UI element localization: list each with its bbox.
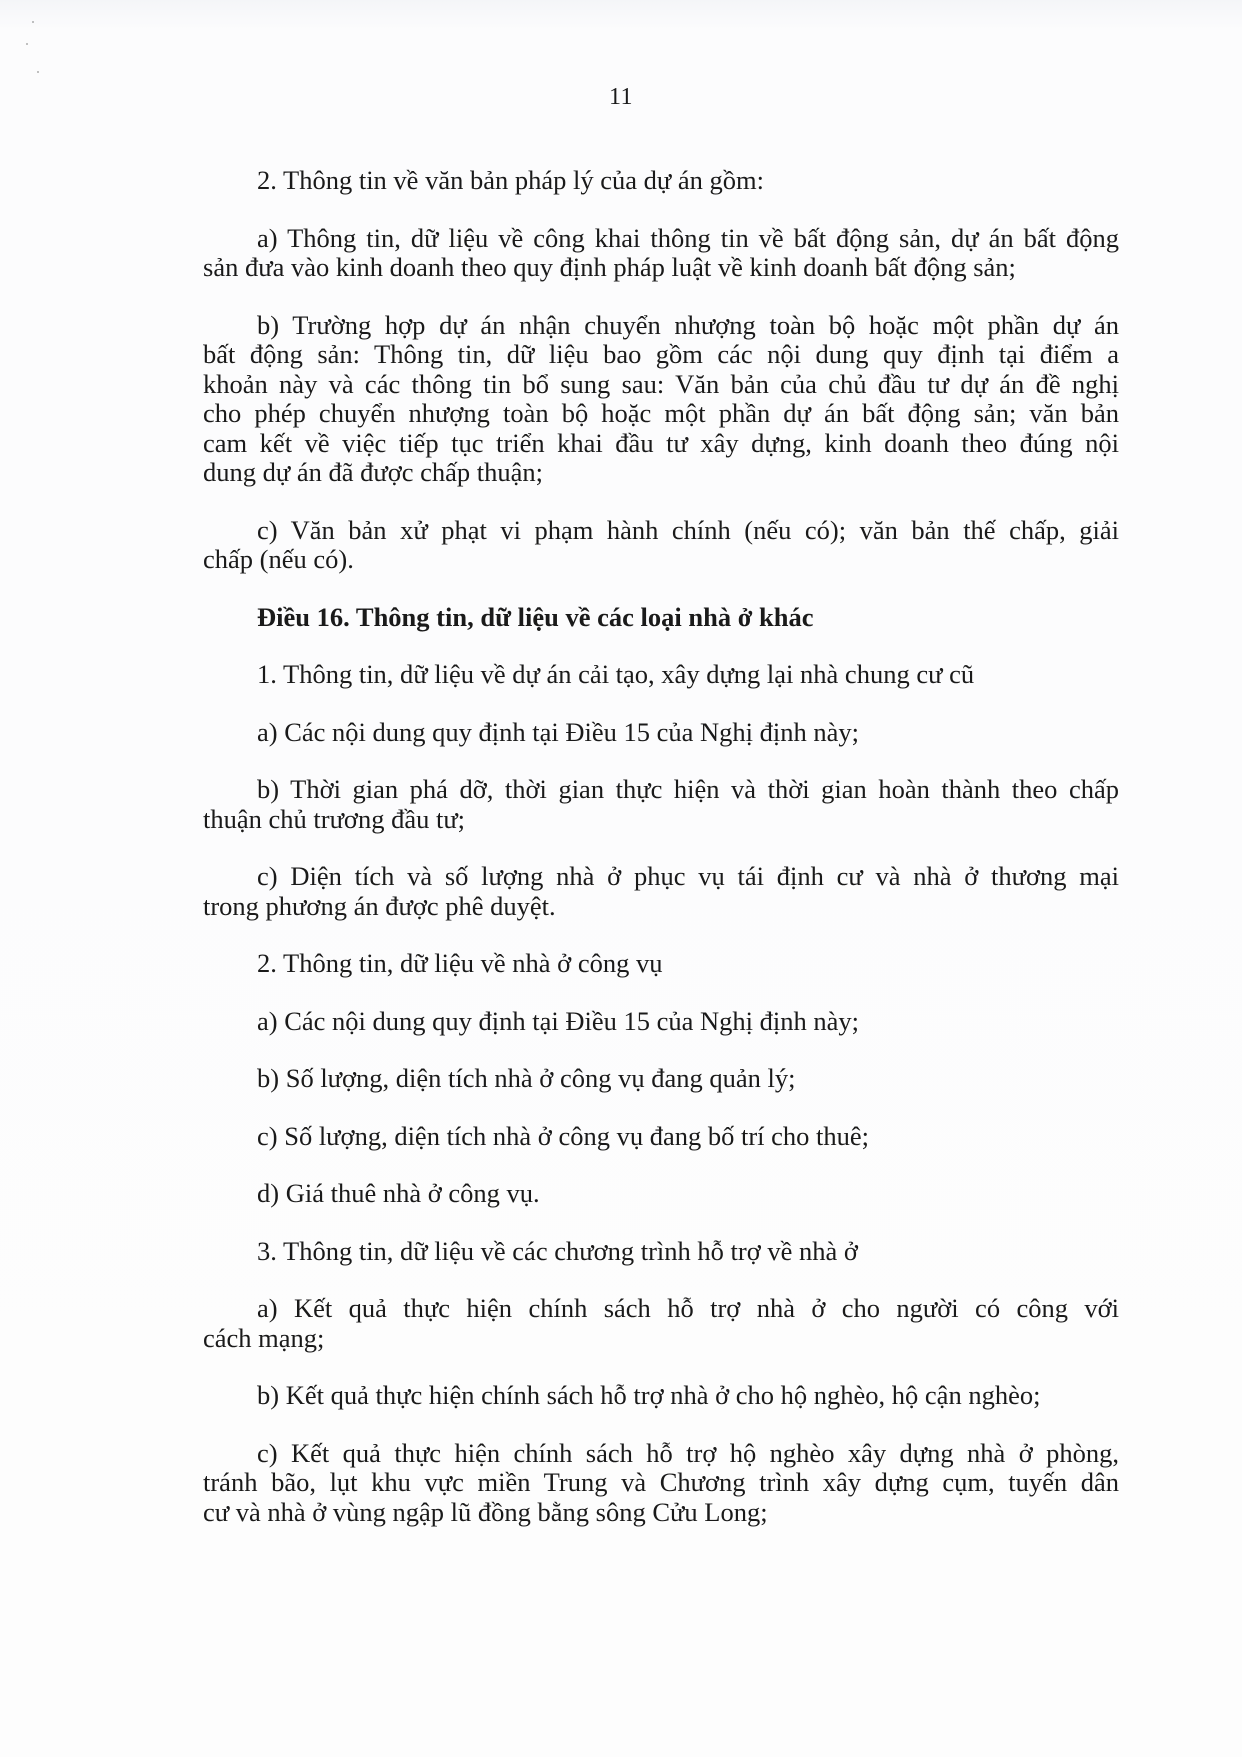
- point-paragraph: b) Kết quả thực hiện chính sách hỗ trợ n…: [257, 1381, 1119, 1411]
- text-line: Điều 16. Thông tin, dữ liệu về các loại …: [257, 603, 1119, 633]
- point-paragraph: d) Giá thuê nhà ở công vụ.: [257, 1179, 1119, 1209]
- point-paragraph: a) Kết quả thực hiện chính sách hỗ trợ n…: [257, 1294, 1119, 1353]
- text-line: tránh bão, lụt khu vực miền Trung và Chư…: [203, 1468, 1119, 1498]
- point-paragraph: c) Diện tích và số lượng nhà ở phục vụ t…: [257, 862, 1119, 921]
- text-line: c) Số lượng, diện tích nhà ở công vụ đan…: [257, 1122, 1119, 1152]
- text-line: cách mạng;: [203, 1324, 1119, 1354]
- clause-paragraph: 2. Thông tin, dữ liệu về nhà ở công vụ: [257, 949, 1119, 979]
- point-paragraph: b) Trường hợp dự án nhận chuyển nhượng t…: [257, 311, 1119, 488]
- scan-speck: [37, 71, 39, 73]
- text-line: trong phương án được phê duyệt.: [203, 892, 1119, 922]
- text-line: 2. Thông tin về văn bản pháp lý của dự á…: [257, 166, 1119, 196]
- text-line: cư và nhà ở vùng ngập lũ đồng bằng sông …: [203, 1498, 1119, 1528]
- text-line: d) Giá thuê nhà ở công vụ.: [257, 1179, 1119, 1209]
- article-heading: Điều 16. Thông tin, dữ liệu về các loại …: [257, 603, 1119, 633]
- text-line: thuận chủ trương đầu tư;: [203, 805, 1119, 835]
- clause-paragraph: 1. Thông tin, dữ liệu về dự án cải tạo, …: [257, 660, 1119, 690]
- point-paragraph: c) Văn bản xử phạt vi phạm hành chính (n…: [257, 516, 1119, 575]
- scan-speck: [32, 21, 34, 23]
- text-line: c) Văn bản xử phạt vi phạm hành chính (n…: [257, 516, 1119, 546]
- text-line: cam kết về việc tiếp tục triển khai đầu …: [203, 429, 1119, 459]
- point-paragraph: c) Số lượng, diện tích nhà ở công vụ đan…: [257, 1122, 1119, 1152]
- text-line: c) Kết quả thực hiện chính sách hỗ trợ h…: [257, 1439, 1119, 1469]
- point-paragraph: a) Các nội dung quy định tại Điều 15 của…: [257, 718, 1119, 748]
- text-line: a) Kết quả thực hiện chính sách hỗ trợ n…: [257, 1294, 1119, 1324]
- point-paragraph: b) Thời gian phá dỡ, thời gian thực hiện…: [257, 775, 1119, 834]
- text-line: b) Kết quả thực hiện chính sách hỗ trợ n…: [257, 1381, 1119, 1411]
- scan-speck: [26, 43, 28, 45]
- page-number: 11: [0, 84, 1242, 111]
- text-line: 3. Thông tin, dữ liệu về các chương trìn…: [257, 1237, 1119, 1267]
- text-line: chấp (nếu có).: [203, 545, 1119, 575]
- clause-paragraph: 3. Thông tin, dữ liệu về các chương trìn…: [257, 1237, 1119, 1267]
- text-line: 2. Thông tin, dữ liệu về nhà ở công vụ: [257, 949, 1119, 979]
- clause-paragraph: 2. Thông tin về văn bản pháp lý của dự á…: [257, 166, 1119, 196]
- text-line: cho phép chuyển nhượng toàn bộ hoặc một …: [203, 399, 1119, 429]
- text-line: b) Trường hợp dự án nhận chuyển nhượng t…: [257, 311, 1119, 341]
- document-body: 2. Thông tin về văn bản pháp lý của dự á…: [257, 166, 1119, 1555]
- text-line: 1. Thông tin, dữ liệu về dự án cải tạo, …: [257, 660, 1119, 690]
- point-paragraph: a) Các nội dung quy định tại Điều 15 của…: [257, 1007, 1119, 1037]
- text-line: a) Thông tin, dữ liệu về công khai thông…: [257, 224, 1119, 254]
- text-line: a) Các nội dung quy định tại Điều 15 của…: [257, 1007, 1119, 1037]
- text-line: bất động sản: Thông tin, dữ liệu bao gồm…: [203, 340, 1119, 370]
- text-line: khoản này và các thông tin bổ sung sau: …: [203, 370, 1119, 400]
- point-paragraph: a) Thông tin, dữ liệu về công khai thông…: [257, 224, 1119, 283]
- point-paragraph: c) Kết quả thực hiện chính sách hỗ trợ h…: [257, 1439, 1119, 1528]
- text-line: sản đưa vào kinh doanh theo quy định phá…: [203, 253, 1119, 283]
- text-line: b) Thời gian phá dỡ, thời gian thực hiện…: [257, 775, 1119, 805]
- text-line: dung dự án đã được chấp thuận;: [203, 458, 1119, 488]
- text-line: b) Số lượng, diện tích nhà ở công vụ đan…: [257, 1064, 1119, 1094]
- text-line: c) Diện tích và số lượng nhà ở phục vụ t…: [257, 862, 1119, 892]
- point-paragraph: b) Số lượng, diện tích nhà ở công vụ đan…: [257, 1064, 1119, 1094]
- document-page: 11 2. Thông tin về văn bản pháp lý của d…: [0, 0, 1242, 1757]
- text-line: a) Các nội dung quy định tại Điều 15 của…: [257, 718, 1119, 748]
